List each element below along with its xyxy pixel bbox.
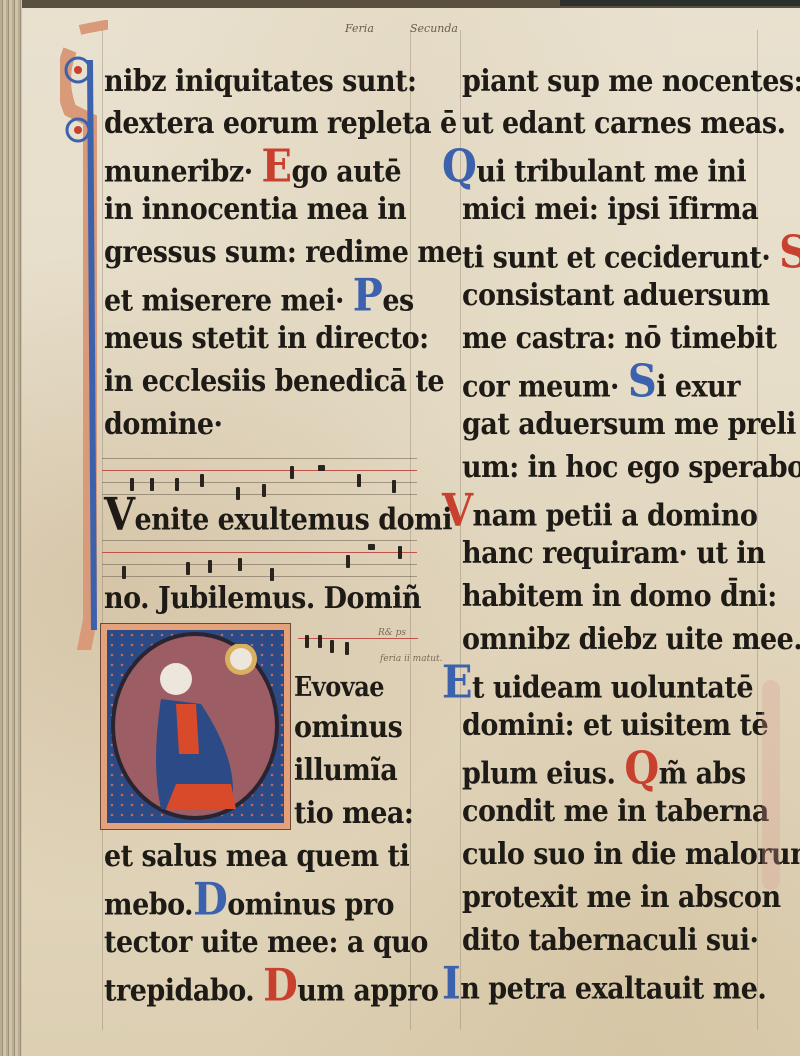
text-line: ut edant carnes meas. <box>462 107 785 141</box>
rubric-initial: Q <box>624 752 658 786</box>
music-staff <box>298 638 418 650</box>
text-line: in innocentia mea in <box>104 193 406 227</box>
seated-figure-illustration <box>121 644 271 814</box>
chant-text-line: Venite exultemus domi <box>104 498 452 537</box>
text-line: trepidabo. Dum appro <box>104 969 438 1008</box>
text-line: Et uideam uoluntatē <box>442 666 753 705</box>
text-line: protexit me in abscon <box>462 881 781 915</box>
marginal-note: feria ii matut. <box>380 654 442 664</box>
text-line: consistant aduersum <box>462 279 770 313</box>
text-line: et miserere mei· Pes <box>104 279 414 318</box>
text-line: In petra exaltauit me. <box>442 967 766 1006</box>
rubric-initial: P <box>353 279 383 313</box>
text-line: tector uite mee: a quo <box>104 926 428 960</box>
text-line: dito tabernaculi sui· <box>462 924 758 958</box>
rubric-initial: D <box>263 969 297 1003</box>
text-line: condit me in taberna <box>462 795 769 829</box>
text-line: Vnam petii a domino <box>442 494 757 533</box>
text-line: me castra: nō timebit <box>462 322 776 356</box>
text-line: culo suo in die malorum <box>462 838 800 872</box>
text-line: plum eius. Qm̃ abs <box>462 752 746 791</box>
text-line: hanc requiram· ut in <box>462 537 765 571</box>
rubric-initial: S <box>779 236 800 270</box>
text-line: dextera eorum repleta ē <box>104 107 457 141</box>
text-line: tio mea: <box>294 797 413 831</box>
text-line: cor meum· Si exur <box>462 365 740 404</box>
historiated-initial-miniature <box>100 623 291 830</box>
rubric-initial: S <box>628 365 656 399</box>
text-line: meus stetit in directo: <box>104 322 429 356</box>
text-line: nibz iniquitates sunt: <box>104 65 417 99</box>
text-line: gat aduersum me preli <box>462 408 796 442</box>
text-line: gressus sum: redime me <box>104 236 462 270</box>
text-line: illumĩa <box>294 754 397 788</box>
chant-initial: V <box>104 498 135 532</box>
text-line: habitem in domo d̄ni: <box>462 580 777 614</box>
decorated-initial-stem <box>60 20 108 650</box>
text-line: domine· <box>104 408 222 442</box>
text-line: mici mei: ipsi īfirma <box>462 193 758 227</box>
text-line: domini: et uisitem tē <box>462 709 768 743</box>
binding-shadow <box>560 0 800 6</box>
text-line: in ecclesiis benedicā te <box>104 365 444 399</box>
rubric-initial: E <box>442 666 472 700</box>
text-line: um: in hoc ego sperabo. <box>462 451 800 485</box>
rubric-initial: V <box>442 494 473 528</box>
text-line: Qui tribulant me ini <box>442 150 746 189</box>
marginal-note: R& ps <box>378 628 406 638</box>
text-line: et salus mea quem ti <box>104 840 409 874</box>
text-line: omnibz diebz uite mee. <box>462 623 800 657</box>
rubric-initial: E <box>262 150 292 184</box>
chant-text-line: no. Jubilemus. Domiñ <box>104 582 421 616</box>
manuscript-page: Feria Secunda nibz iniquitates sunt: dex… <box>0 0 800 1056</box>
running-header-right: Secunda <box>410 22 458 35</box>
text-line: piant sup me nocentes: <box>462 65 800 99</box>
rubric-initial: Q <box>442 150 476 184</box>
text-line: muneribz· Ego autē <box>104 150 401 189</box>
text-line: ominus <box>294 711 402 745</box>
rubric-initial: D <box>193 883 227 917</box>
text-line: ti sunt et ceciderunt· Si <box>462 236 800 275</box>
faded-marginal-decoration <box>762 680 780 890</box>
gutter-edge <box>0 0 22 1056</box>
running-header-left: Feria <box>345 22 374 35</box>
rubric-initial: I <box>442 967 460 1001</box>
evovae-line: Evovae <box>294 670 384 704</box>
text-line: mebo.Dominus pro <box>104 883 394 922</box>
